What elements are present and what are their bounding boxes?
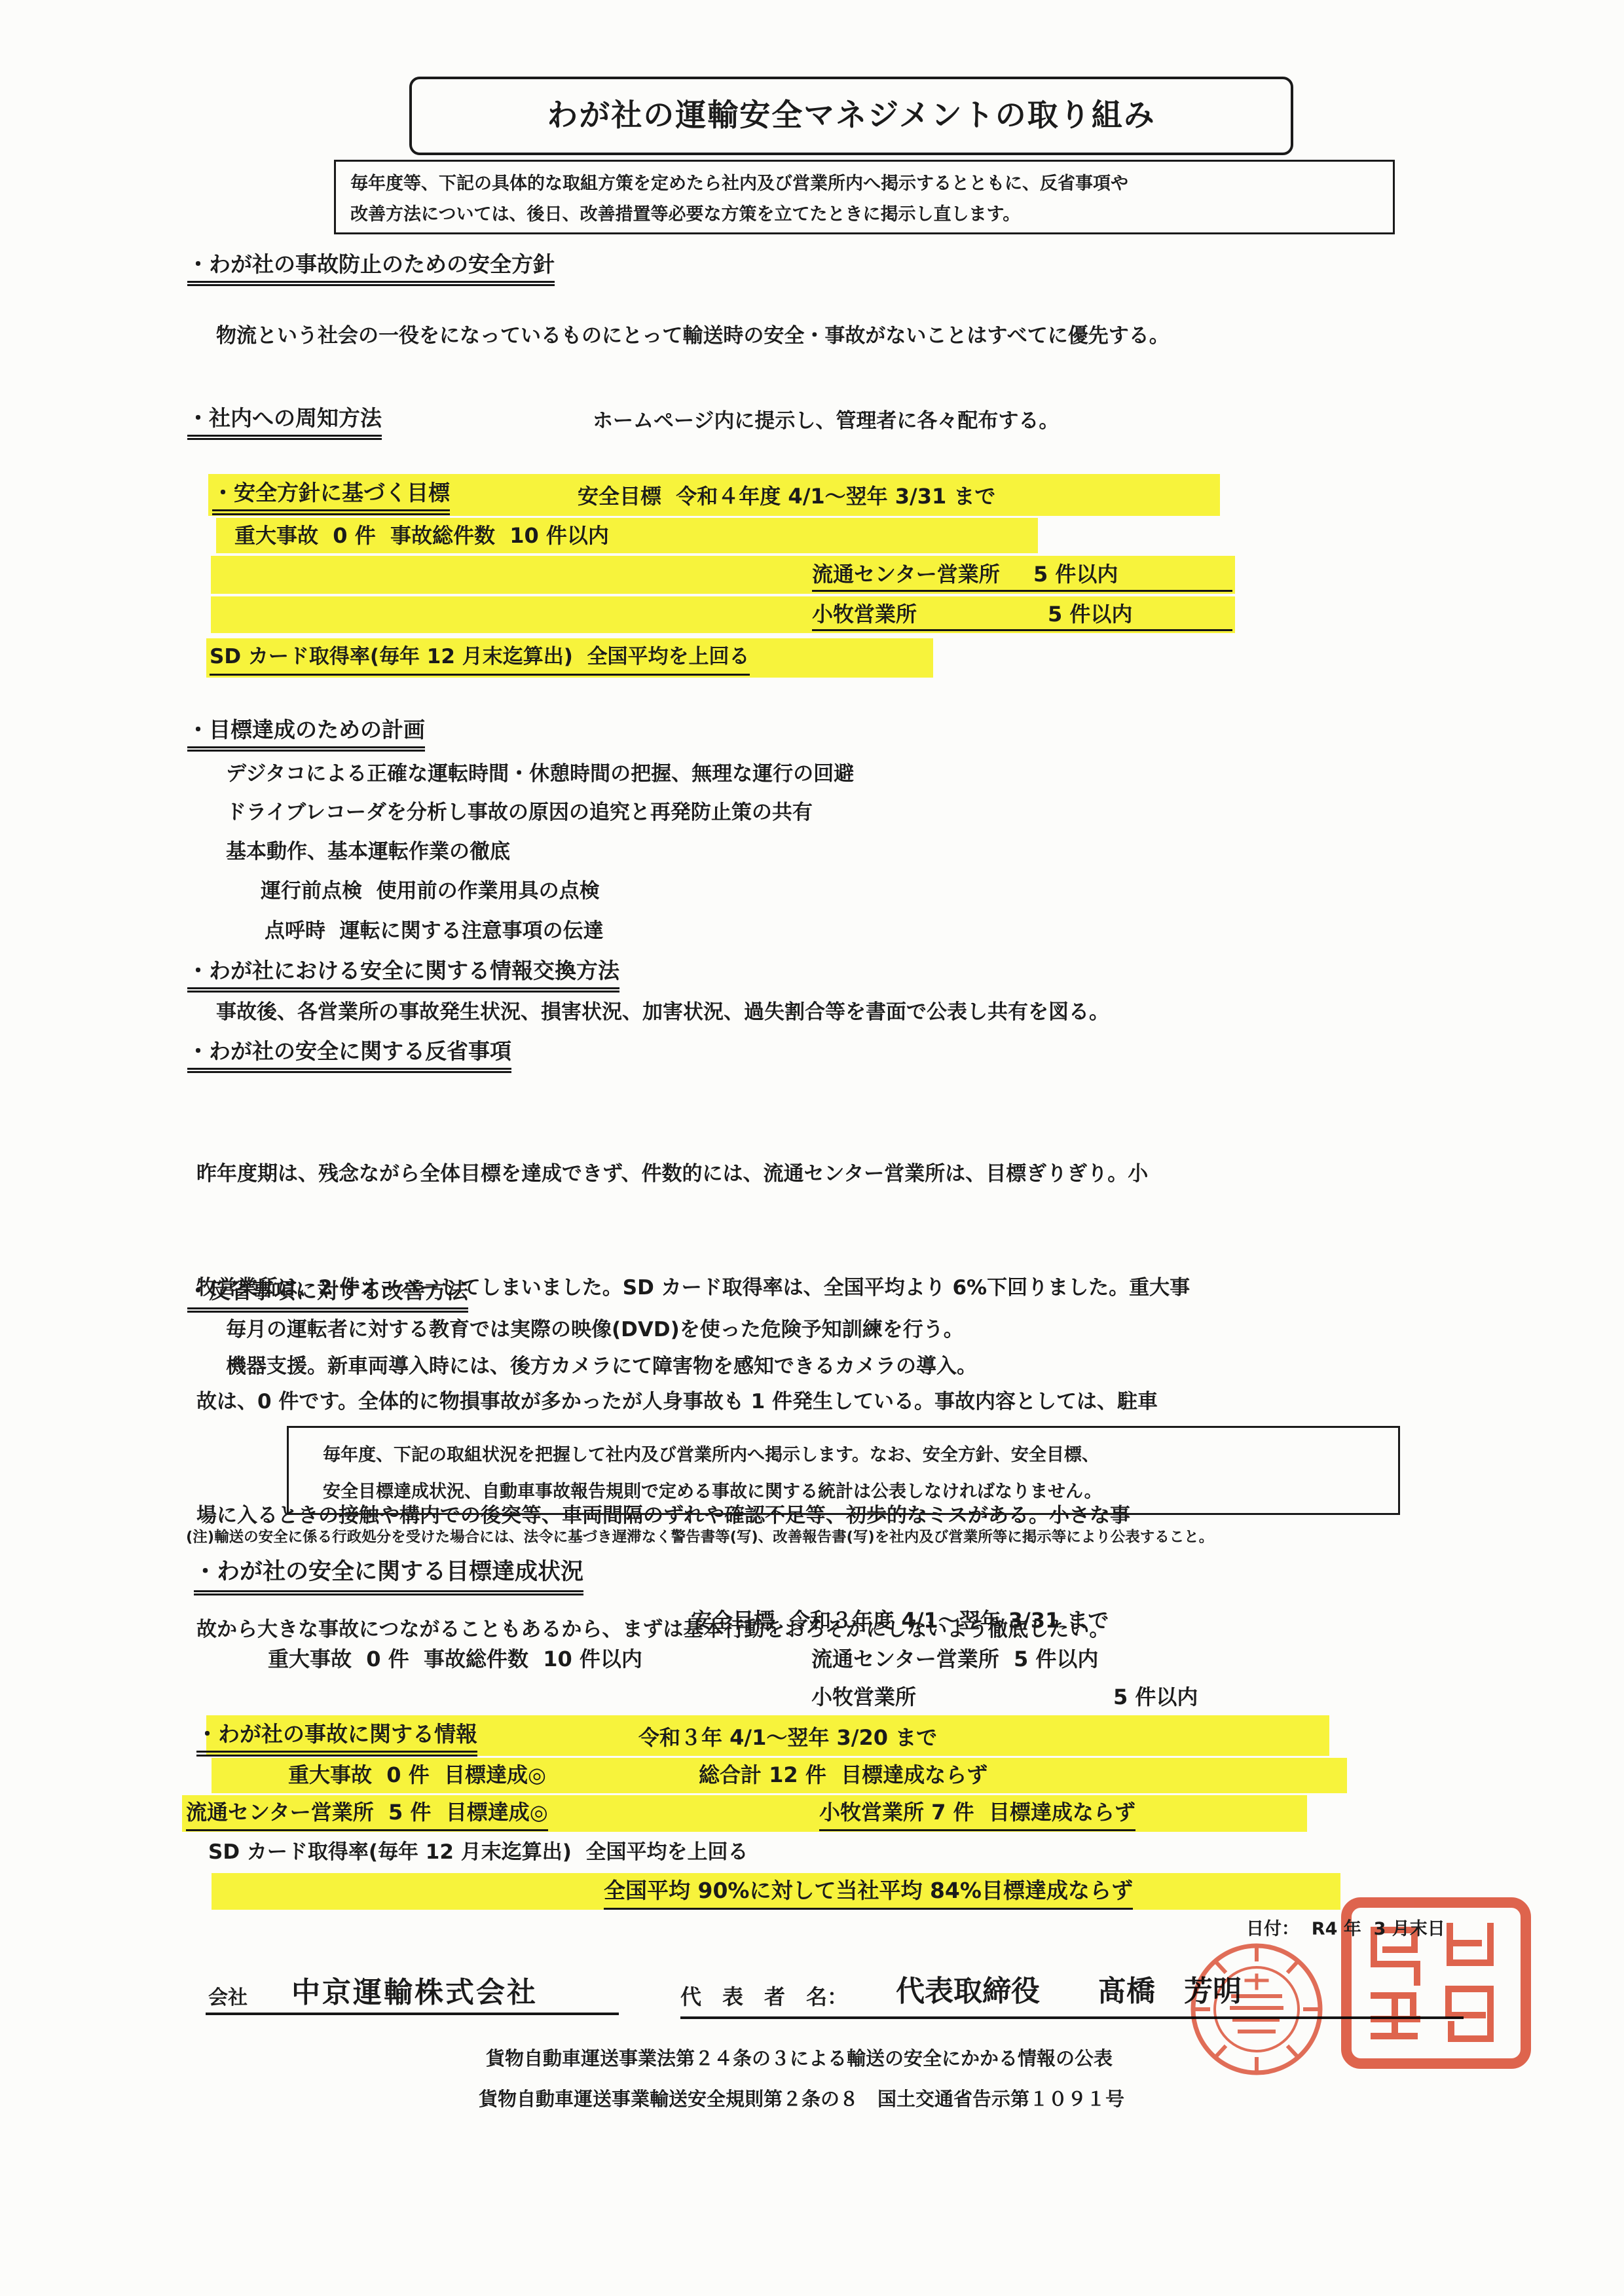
accident-branch2: 小牧営業所 7 件 目標達成ならず [819, 1799, 1135, 1831]
accident-branch1: 流通センター営業所 5 件 目標達成◎ [186, 1799, 548, 1831]
safety-policy-body: 物流という社会の一役をになっているものにとって輸送時の安全・事故がないことはすべ… [216, 323, 1170, 349]
achievement-branch2-name: 小牧営業所 [811, 1684, 916, 1710]
goals-branch1-name: 流通センター営業所 [812, 561, 1000, 587]
intro-line-1: 毎年度等、下記の具体的な取組方策を定めたら社内及び営業所内へ掲示するとともに、反… [350, 168, 1393, 199]
accident-total: 総合計 12 件 目標達成ならず [699, 1762, 987, 1788]
notice-box: 毎年度、下記の取組状況を把握して社内及び営業所内へ掲示します。なお、安全方針、安… [287, 1426, 1400, 1515]
section-heading-info-exchange: ・わが社における安全に関する情報交換方法 [187, 957, 619, 993]
notify-method-body: ホームページ内に提示し、管理者に各々配布する。 [593, 409, 1059, 434]
achievement-period: 安全目標 令和３年度 4/1～翌年 3/31 まで [691, 1607, 1109, 1633]
section-heading-achievement: ・わが社の安全に関する目標達成状況 [194, 1558, 583, 1595]
info-exchange-body: 事故後、各営業所の事故発生状況、損害状況、加害状況、過失割合等を書面で公表し共有… [216, 1000, 1109, 1025]
section-heading-notify-method: ・社内への周知方法 [187, 405, 382, 440]
plan-item: デジタコによる正確な運転時間・休憩時間の把握、無理な運行の回避 [226, 761, 854, 787]
goals-branch1-underline [812, 590, 1232, 592]
achievement-totals: 重大事故 0 件 事故総件数 10 件以内 [268, 1646, 642, 1672]
intro-line-2: 改善方法については、後日、改善措置等必要な方策を立てたときに掲示し直します。 [350, 199, 1393, 230]
accident-major: 重大事故 0 件 目標達成◎ [288, 1762, 546, 1788]
achievement-branch2-value: 5 件以内 [1113, 1684, 1198, 1710]
intro-box: 毎年度等、下記の具体的な取組方策を定めたら社内及び営業所内へ掲示するとともに、反… [334, 160, 1395, 234]
plan-item: ドライブレコーダを分析し事故の原因の追究と再発防止策の共有 [226, 800, 813, 826]
page-title: わが社の運輸安全マネジメントの取り組み [412, 79, 1291, 153]
section-heading-improvement: ・反省事項に対する改善方法 [187, 1277, 468, 1313]
date-line: 日付： R4 年 3 月末日 [1246, 1918, 1445, 1941]
goals-sd-rate: SD カード取得率(毎年 12 月末迄算出) 全国平均を上回る [210, 644, 750, 676]
goals-branch2-value: 5 件以内 [1048, 601, 1132, 627]
plan-item: 点呼時 運転に関する注意事項の伝達 [265, 919, 604, 944]
law-citation-1: 貨物自動車運送事業法第２４条の３による輸送の安全にかかる情報の公表 [486, 2047, 1113, 2070]
plan-item: 基本動作、基本運転作業の徹底 [226, 839, 510, 865]
goals-period: 安全目標 令和４年度 4/1～翌年 3/31 まで [578, 483, 995, 509]
goals-branch2-underline [812, 629, 1232, 631]
section-heading-reflection: ・わが社の安全に関する反省事項 [187, 1038, 511, 1073]
improvement-item: 毎月の運転者に対する教育では実際の映像(DVD)を使った危険予知訓練を行う。 [226, 1317, 964, 1343]
law-citation-2: 貨物自動車運送事業輸送安全規則第２条の８ 国土交通省告示第１０９１号 [479, 2087, 1124, 2111]
company-label: 会社 [208, 1986, 248, 2011]
company-name: 中京運輸株式会社 [291, 1975, 538, 2011]
goals-heading: ・安全方針に基づく目標 [212, 479, 450, 515]
representative-label: 代 表 者 名： [680, 1984, 848, 2010]
accident-result: 全国平均 90%に対して当社平均 84%目標達成ならず [604, 1877, 1133, 1910]
accident-info-heading: ・わが社の事故に関する情報 [196, 1721, 477, 1757]
title-box: わが社の運輸安全マネジメントの取り組み [409, 77, 1293, 155]
section-heading-plan: ・目標達成のための計画 [187, 716, 425, 752]
goals-totals: 重大事故 0 件 事故総件数 10 件以内 [234, 522, 609, 549]
round-company-seal-stamp [1189, 1940, 1325, 2079]
reflection-line: 昨年度期は、残念ながら全体目標を達成できず、件数的には、流通センター営業所は、目… [196, 1155, 1190, 1193]
legal-note: (注)輸送の安全に係る行政処分を受けた場合には、法令に基づき遅滞なく警告書等(写… [186, 1528, 1213, 1546]
company-underline [206, 2013, 619, 2015]
notice-line-1: 毎年度、下記の取組状況を把握して社内及び営業所内へ掲示します。なお、安全方針、安… [323, 1437, 1398, 1474]
goals-branch2-name: 小牧営業所 [812, 601, 917, 627]
reflection-line: 故は、0 件です。全体的に物損事故が多かったが人身事故も 1 件発生している。事… [196, 1383, 1190, 1421]
section-heading-safety-policy: ・わが社の事故防止のための安全方針 [187, 251, 555, 286]
goals-branch1-value: 5 件以内 [1033, 561, 1118, 587]
accident-info-period: 令和３年 4/1～翌年 3/20 まで [638, 1724, 937, 1751]
accident-sd-rate: SD カード取得率(毎年 12 月末迄算出) 全国平均を上回る [208, 1840, 748, 1865]
scanned-safety-management-document: わが社の運輸安全マネジメントの取り組み 毎年度等、下記の具体的な取組方策を定めた… [0, 0, 1624, 2296]
improvement-item: 機器支援。新車両導入時には、後方カメラにて障害物を感知できるカメラの導入。 [226, 1354, 977, 1379]
plan-item: 運行前点検 使用前の作業用具の点検 [261, 879, 600, 904]
notice-line-2: 安全目標達成状況、自動車事故報告規則で定める事故に関する統計は公表しなければなり… [323, 1474, 1398, 1510]
achievement-branch1: 流通センター営業所 5 件以内 [811, 1646, 1098, 1672]
